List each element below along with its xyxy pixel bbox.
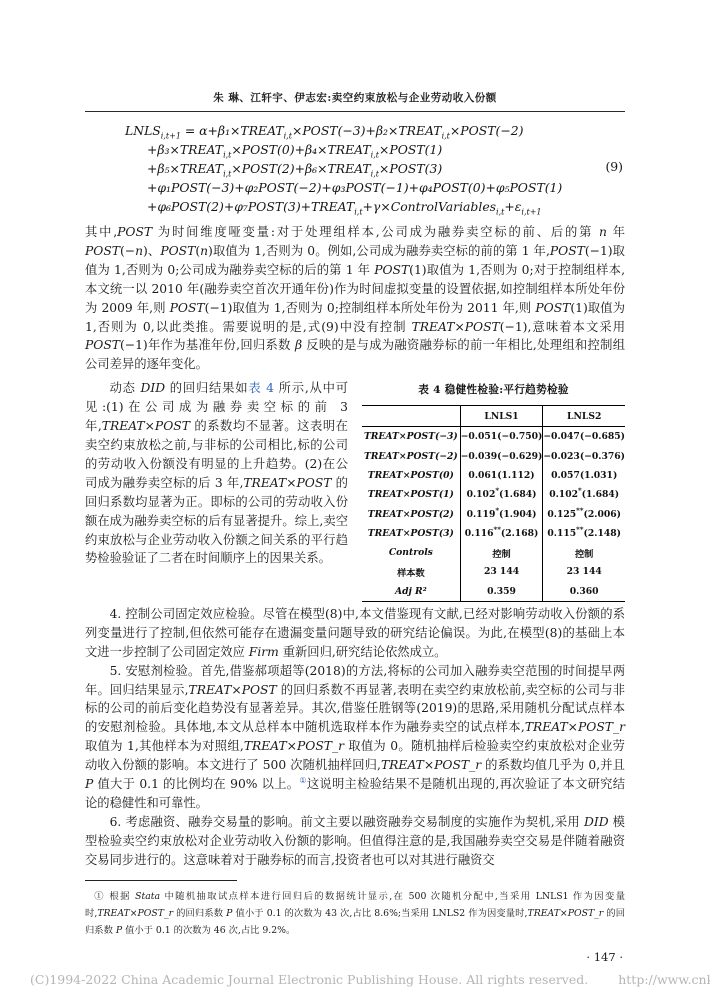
footnote-divider — [85, 880, 237, 881]
table-row: Controls控制控制 — [362, 543, 625, 562]
text-run: 控制 — [492, 549, 510, 560]
text-run: (− — [120, 244, 135, 258]
text-run: (2.148) — [584, 528, 621, 539]
text-run: POST — [550, 244, 585, 258]
text-run: 0.116 — [465, 528, 494, 539]
text-run: n — [200, 244, 208, 258]
text-run: 23 144 — [484, 566, 519, 577]
table4-title: 表 4 稳健性检验:平行趋势检验 — [362, 382, 625, 397]
two-column-block: 动态 DID 的回归结果如表 4 所示,从中可见:(1)在公司成为融券卖空标的前… — [85, 379, 625, 602]
text-run: 控制 — [575, 549, 593, 560]
text-run: 23 144 — [567, 566, 602, 577]
text-run: 的系数均值几乎为 0,并且 — [481, 758, 625, 772]
text-run: TREAT×POST — [243, 476, 331, 490]
text-run: 0.061(1.112) — [468, 470, 534, 481]
paragraph-post-definition: 其中,POST 为时间维度哑变量:对于处理组样本,公司成为融券卖空标的前、后的第… — [85, 223, 625, 374]
table-header-cell: LNLS2 — [543, 406, 625, 427]
table-cell: −0.051(−0.750) — [460, 427, 543, 447]
text-run: ×POST(−3)+β₂×TREAT — [292, 123, 442, 138]
paragraph-firm-fixed-effects: 4. 控制公司固定效应检验。尽管在模型(8)中,本文借鉴现有文献,已经对影响劳动… — [85, 605, 625, 662]
paragraph-dynamic-did-results: 动态 DID 的回归结果如表 4 所示,从中可见:(1)在公司成为融券卖空标的前… — [85, 379, 348, 602]
equation-line: +β₅×TREATi,t×POST(2)+β₆×TREATi,t×POST(3) — [85, 159, 625, 178]
text-run: +φ₁POST(−3)+φ₂POST(−2)+φ₃POST(−1)+φ₄POST… — [147, 180, 562, 195]
table-header-cell — [362, 406, 460, 427]
table-cell: 0.102*(1.684) — [460, 485, 543, 504]
text-run: (2.168) — [501, 528, 538, 539]
text-run: −0.023(−0.376) — [543, 451, 625, 462]
text-run: DID — [584, 815, 609, 829]
text-run: TREAT×POST_r — [528, 908, 604, 919]
row-label: TREAT×POST(2) — [362, 504, 460, 523]
text-run: 值大于 0.1 的比例均在 90% 以上。 — [93, 777, 299, 791]
text-run: ×POST(0)+β₄×TREAT — [231, 142, 370, 157]
copyright-footer: (C)1994-2022 China Academic Journal Elec… — [30, 972, 690, 987]
copyright-text: (C)1994-2022 China Academic Journal Elec… — [30, 972, 588, 987]
table-cell: 23 144 — [543, 562, 625, 581]
equation-line: +φ₁POST(−3)+φ₂POST(−2)+φ₃POST(−1)+φ₄POST… — [85, 178, 625, 197]
equation-line: +φ₆POST(2)+φ₇POST(3)+TREATi,t+γ×ControlV… — [85, 197, 625, 216]
table4-body: TREAT×POST(−3)−0.051(−0.750)−0.047(−0.68… — [362, 427, 625, 602]
text-run: +β₅×TREAT — [147, 161, 223, 176]
equation-9: LNLSi,t+1 = α+β₁×TREATi,t×POST(−3)+β₂×TR… — [85, 121, 625, 216]
text-run: (−1)年作为基准年份,回归系数 — [120, 338, 295, 352]
table-row: TREAT×POST(2)0.119*(1.904)0.125**(2.006) — [362, 504, 625, 523]
text-run: n — [135, 244, 143, 258]
text-run: Stata — [135, 891, 160, 902]
text-run: 0.102 — [549, 489, 578, 500]
text-run: 值小于 0.1 的次数为 46 次,占比 9.2%。 — [122, 925, 295, 936]
text-run: POST — [85, 244, 120, 258]
equation-line: LNLSi,t+1 = α+β₁×TREATi,t×POST(−3)+β₂×TR… — [85, 121, 625, 140]
text-run: i,t — [354, 207, 362, 216]
table4-ref-link[interactable]: 表 4 — [248, 381, 274, 395]
row-label: TREAT×POST(−2) — [362, 447, 460, 466]
text-run: 0.102 — [467, 489, 496, 500]
text-run: ×POST(3) — [379, 161, 442, 176]
page-content: 朱 琳、江轩宇、伊志宏:卖空约束放松与企业劳动收入份额 LNLSi,t+1 = … — [85, 90, 625, 964]
table-cell: 0.119*(1.904) — [460, 504, 543, 523]
text-run: +β₃×TREAT — [147, 142, 223, 157]
text-run: (1.684) — [499, 489, 536, 500]
text-run: POST — [160, 244, 195, 258]
text-run: TREAT×POST — [102, 419, 190, 433]
footnote-text: ① 根据 Stata 中随机抽取试点样本进行回归后的数据统计显示,在 500 次… — [85, 888, 625, 939]
table-cell: 0.057(1.031) — [543, 466, 625, 485]
text-run: (−1),意味着本文采用 — [500, 320, 625, 334]
text-run: TREAT×POST — [189, 683, 277, 697]
text-run: (1.904) — [499, 509, 536, 520]
table-cell: 0.102*(1.684) — [543, 485, 625, 504]
text-run: (−1)取值为 1,否则为 0;控制组样本所处年份为 2011 年,则 — [205, 301, 536, 315]
table-row: TREAT×POST(−2)−0.039(−0.629)−0.023(−0.37… — [362, 447, 625, 466]
row-label: 样本数 — [362, 562, 460, 581]
text-run: 0.115 — [547, 528, 576, 539]
text-run: POST — [85, 338, 120, 352]
table-cell: 0.061(1.112) — [460, 466, 543, 485]
text-run: β — [295, 338, 302, 352]
text-run: )、 — [143, 244, 160, 258]
text-run: 0.125 — [547, 509, 576, 520]
table-row: TREAT×POST(0)0.061(1.112)0.057(1.031) — [362, 466, 625, 485]
row-label: TREAT×POST(3) — [362, 524, 460, 543]
text-run: 为时间维度哑变量:对于处理组样本,公司成为融券卖空标的前、后的第 — [152, 225, 599, 239]
text-run: (1.684) — [582, 489, 619, 500]
table-row: TREAT×POST(3)0.116**(2.168)0.115**(2.148… — [362, 524, 625, 543]
text-run: POST — [374, 263, 409, 277]
text-run: Firm — [249, 645, 279, 659]
table-cell: 0.116**(2.168) — [460, 524, 543, 543]
text-run: LNLS — [125, 123, 161, 138]
text-run: +γ×ControlVariables — [363, 199, 496, 214]
text-run: 的回归结果如 — [165, 381, 248, 395]
text-run: TREAT×POST — [412, 320, 500, 334]
text-run: ×POST(2)+β₆×TREAT — [231, 161, 370, 176]
text-run: +ε — [504, 199, 521, 214]
footnote-ref-link[interactable]: ① — [299, 776, 306, 785]
text-run: i,t+1 — [521, 207, 541, 216]
running-header: 朱 琳、江轩宇、伊志宏:卖空约束放松与企业劳动收入份额 — [85, 90, 625, 105]
table-cell: 0.125**(2.006) — [543, 504, 625, 523]
text-run: TREAT×POST_r — [97, 908, 173, 919]
table-cell: 控制 — [460, 543, 543, 562]
text-run: (2.006) — [584, 509, 621, 520]
text-run: TREAT×POST_r — [525, 720, 625, 734]
text-run: −0.039(−0.629) — [461, 451, 543, 462]
table-cell: −0.023(−0.376) — [543, 447, 625, 466]
text-run: ** — [494, 525, 501, 534]
table-cell: 0.360 — [543, 582, 625, 602]
text-run: n — [599, 225, 607, 239]
text-run: 0.057(1.031) — [551, 470, 617, 481]
text-run: −0.047(−0.685) — [543, 431, 625, 442]
page-number: · 147 · — [85, 950, 625, 964]
text-run: TREAT×POST_r — [244, 739, 344, 753]
table-header-cell: LNLS1 — [460, 406, 543, 427]
text-run: 6. 考虑融资、融券交易量的影响。前文主要以融资融券交易制度的实施作为契机,采用 — [110, 815, 584, 829]
cnki-url: http://www.cnki.net — [618, 972, 710, 987]
text-run: ** — [576, 506, 583, 515]
header-divider — [85, 111, 625, 112]
text-run: = α+β₁×TREAT — [181, 123, 284, 138]
row-label: TREAT×POST(−3) — [362, 427, 460, 447]
table4: LNLS1 LNLS2 TREAT×POST(−3)−0.051(−0.750)… — [362, 405, 625, 602]
text-run: 其中, — [85, 225, 117, 239]
text-run: ×POST(1) — [379, 142, 442, 157]
table-row: 样本数23 14423 144 — [362, 562, 625, 581]
text-run: 的回归系数 — [173, 908, 226, 919]
text-run: 重新回归,研究结论依然成立。 — [279, 645, 447, 659]
text-run: i,t — [442, 131, 450, 140]
text-run: POST — [117, 225, 152, 239]
text-run: TREAT×POST_r — [381, 758, 481, 772]
text-run: 取值为 1,其他样本为对照组, — [85, 739, 244, 753]
text-run: +φ₆POST(2)+φ₇POST(3)+TREAT — [147, 199, 354, 214]
table-cell: 0.115**(2.148) — [543, 524, 625, 543]
text-run: POST — [170, 301, 205, 315]
text-run: ×POST(−2) — [450, 123, 524, 138]
table-row: TREAT×POST(1)0.102*(1.684)0.102*(1.684) — [362, 485, 625, 504]
text-run: POST — [535, 301, 570, 315]
paper-page: { "colors": { "link_blue": "#2e63bb", "f… — [0, 0, 710, 1007]
table-header-row: LNLS1 LNLS2 — [362, 406, 625, 427]
text-run: −0.051(−0.750) — [461, 431, 543, 442]
table-cell: 控制 — [543, 543, 625, 562]
text-run: 0.359 — [487, 586, 516, 597]
equation-line: +β₃×TREATi,t×POST(0)+β₄×TREATi,t×POST(1) — [85, 140, 625, 159]
row-label: TREAT×POST(0) — [362, 466, 460, 485]
text-run: 年 — [607, 225, 625, 239]
equation-number: (9) — [605, 159, 623, 174]
row-label: Controls — [362, 543, 460, 562]
text-run: 0.360 — [570, 586, 599, 597]
text-run: 动态 — [110, 381, 141, 395]
text-run: 0.119 — [467, 509, 496, 520]
text-run: DID — [140, 381, 165, 395]
paragraph-margin-trading-volume: 6. 考虑融资、融券交易量的影响。前文主要以融资融券交易制度的实施作为契机,采用… — [85, 813, 625, 870]
row-label: TREAT×POST(1) — [362, 485, 460, 504]
text-run: ** — [576, 525, 583, 534]
text-run: ① 根据 — [94, 891, 135, 902]
table-row: TREAT×POST(−3)−0.051(−0.750)−0.047(−0.68… — [362, 427, 625, 447]
table-row: Adj R²0.3590.360 — [362, 582, 625, 602]
paragraph-placebo-test: 5. 安慰剂检验。首先,借鉴郝项超等(2018)的方法,将标的公司加入融券卖空范… — [85, 662, 625, 813]
table-cell: −0.039(−0.629) — [460, 447, 543, 466]
table-cell: −0.047(−0.685) — [543, 427, 625, 447]
row-label: Adj R² — [362, 582, 460, 602]
table4-container: 表 4 稳健性检验:平行趋势检验 LNLS1 LNLS2 TREAT×POST(… — [348, 379, 625, 602]
table-cell: 0.359 — [460, 582, 543, 602]
text-run: 值小于 0.1 的次数为 43 次,占比 8.6%;当采用 LNLS2 作为因变… — [232, 908, 527, 919]
table-cell: 23 144 — [460, 562, 543, 581]
text-run: )取值为 1,否则为 0。例如,公司成为融券卖空标的前的第 1 年, — [208, 244, 550, 258]
